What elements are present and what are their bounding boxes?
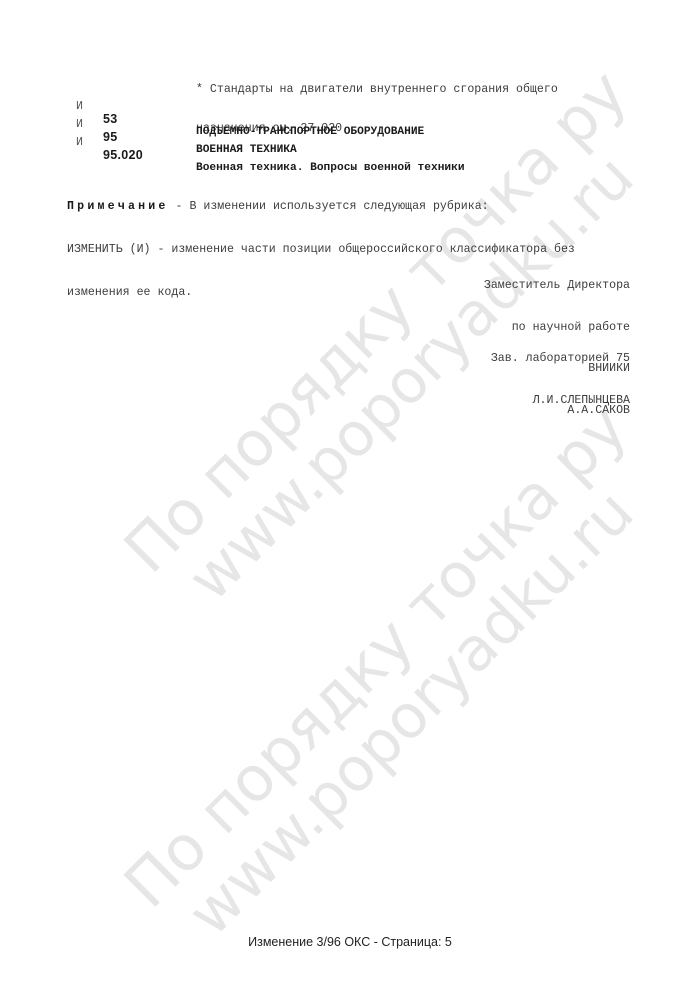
classifier-code: 53 [103,113,118,126]
classifier-row: И 95.020 Военная техника. Вопросы военно… [0,123,42,137]
signature-block-lab-head: Зав. лабораторией 75 Л.И.СЛЕПЫНЦЕВА [491,325,630,434]
note-label: Примечание [67,200,169,213]
signature-line: Зав. лабораторией 75 [491,351,630,367]
signature-line: Л.И.СЛЕПЫНЦЕВА [491,393,630,409]
classifier-row: И 53 ПОДЪЕМНО-ТРАНСПОРТНОЕ ОБОРУДОВАНИЕ [0,87,42,101]
classifier-code: 95 [103,131,118,144]
page-footer: Изменение 3/96 ОКС - Страница: 5 [0,935,700,949]
classifier-title: ВОЕННАЯ ТЕХНИКА [196,144,297,157]
classifier-row: И 95 ВОЕННАЯ ТЕХНИКА [0,105,42,119]
classifier-title: ПОДЪЕМНО-ТРАНСПОРТНОЕ ОБОРУДОВАНИЕ [196,126,424,139]
signature-line: Заместитель Директора [484,278,630,294]
change-mark: И [76,100,83,113]
change-mark: И [76,118,83,131]
document-page: По порядку точка ру www.poporyadku.ru По… [0,0,700,990]
footnote-line: * Стандарты на двигатели внутреннего сго… [196,83,558,96]
note-line: Примечание - В изменении используется сл… [67,199,575,216]
classifier-code: 95.020 [103,149,143,162]
change-mark: И [76,136,83,149]
note-text: - В изменении используется следующая руб… [169,200,489,213]
